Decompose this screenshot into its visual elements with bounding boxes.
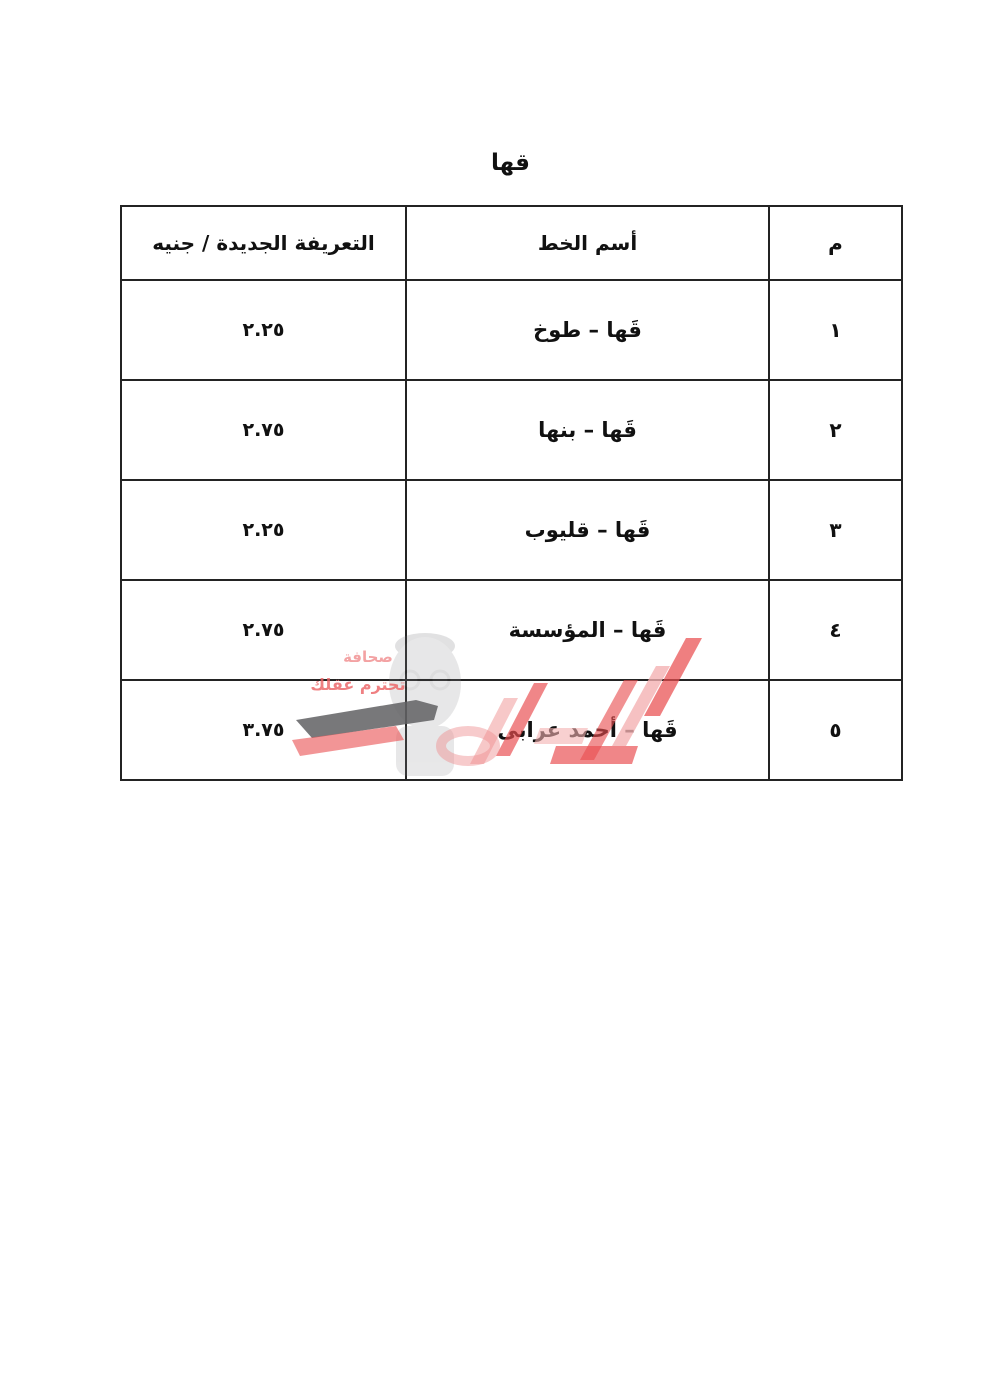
row-index: ١ (769, 280, 902, 380)
table-row: ٣ قَها – قليوب ٢.٢٥ (121, 480, 902, 580)
table-row: ١ قَها – طوخ ٢.٢٥ (121, 280, 902, 380)
row-tariff: ٢.٧٥ (121, 580, 406, 680)
page-title: قها (120, 150, 901, 176)
row-line-name: قَها – طوخ (406, 280, 769, 380)
row-tariff: ٣.٧٥ (121, 680, 406, 780)
row-line-name: قَها – قليوب (406, 480, 769, 580)
row-tariff: ٢.٧٥ (121, 380, 406, 480)
table-row: ٢ قَها – بنها ٢.٧٥ (121, 380, 902, 480)
row-index: ٣ (769, 480, 902, 580)
document-page: قها م أسم الخط التعريفة الجديدة / جنيه ١… (0, 0, 990, 1400)
header-line-name: أسم الخط (406, 206, 769, 280)
header-index: م (769, 206, 902, 280)
row-index: ٤ (769, 580, 902, 680)
header-tariff: التعريفة الجديدة / جنيه (121, 206, 406, 280)
row-tariff: ٢.٢٥ (121, 280, 406, 380)
table-header-row: م أسم الخط التعريفة الجديدة / جنيه (121, 206, 902, 280)
row-tariff: ٢.٢٥ (121, 480, 406, 580)
row-line-name: قَها – بنها (406, 380, 769, 480)
row-index: ٥ (769, 680, 902, 780)
table-row: ٥ قَها – أحمد عرابى ٣.٧٥ (121, 680, 902, 780)
row-line-name: قَها – أحمد عرابى (406, 680, 769, 780)
table-row: ٤ قَها – المؤسسة ٢.٧٥ (121, 580, 902, 680)
row-index: ٢ (769, 380, 902, 480)
tariff-table: م أسم الخط التعريفة الجديدة / جنيه ١ قَه… (120, 205, 903, 781)
row-line-name: قَها – المؤسسة (406, 580, 769, 680)
